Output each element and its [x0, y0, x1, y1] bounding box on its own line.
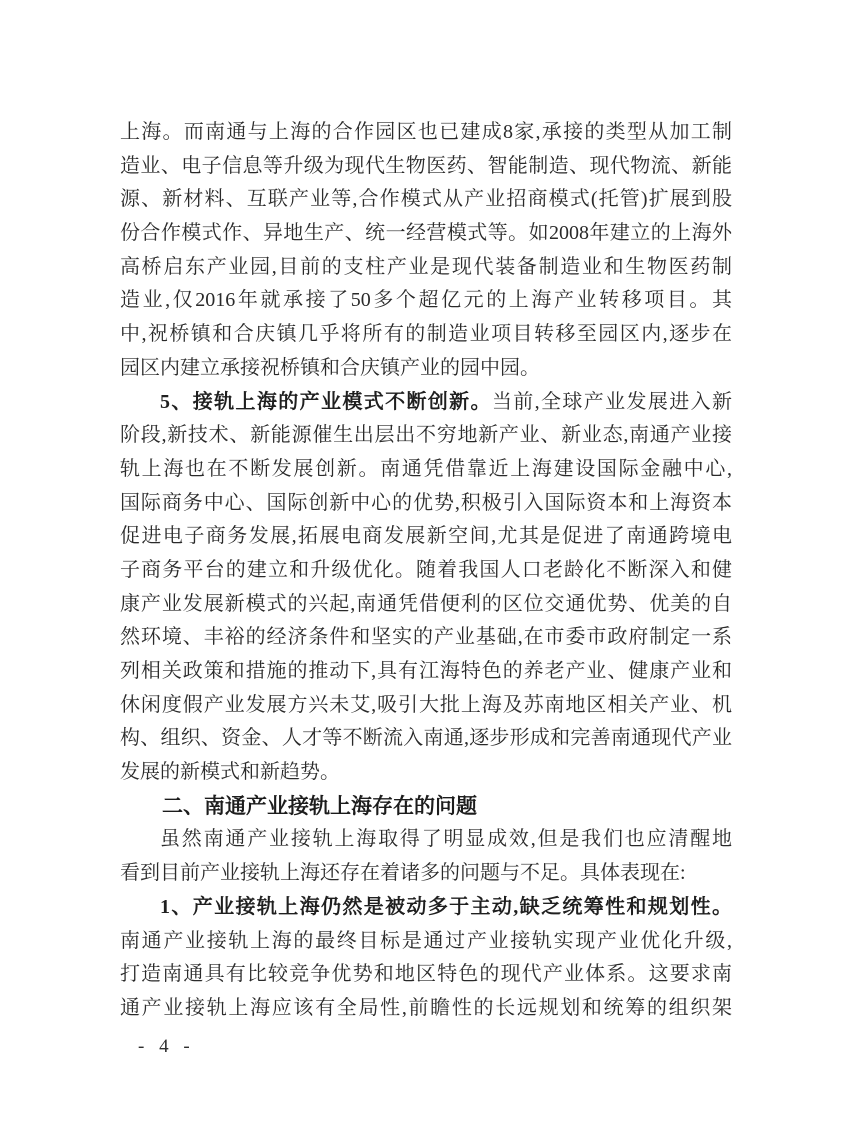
body-line: 上海。而南通与上海的合作园区也已建成8家,承接的类型从加工制	[120, 116, 732, 150]
text-block: 上海。而南通与上海的合作园区也已建成8家,承接的类型从加工制 造业、电子信息等升…	[120, 116, 732, 1026]
page-number: - 4 -	[138, 1035, 195, 1059]
body-line-text: 当前,全球产业发展进入新	[492, 391, 732, 413]
body-line: 打造南通具有比较竞争优势和地区特色的现代产业体系。这要求南	[120, 958, 732, 992]
body-line: 轨上海也在不断发展创新。南通凭借靠近上海建设国际金融中心,	[120, 453, 732, 487]
body-line: 南通产业接轨上海的最终目标是通过产业接轨实现产业优化升级,	[120, 925, 732, 959]
body-line: 造业,仅2016年就承接了50多个超亿元的上海产业转移项目。其	[120, 284, 732, 318]
section-heading: 二、南通产业接轨上海存在的问题	[120, 790, 732, 824]
body-line: 阶段,新技术、新能源催生出层出不穷地新产业、新业态,南通产业接	[120, 419, 732, 453]
body-line: 康产业发展新模式的兴起,南通凭借便利的区位交通优势、优美的自	[120, 588, 732, 622]
body-line: 子商务平台的建立和升级优化。随着我国人口老龄化不断深入和健	[120, 554, 732, 588]
body-line: 虽然南通产业接轨上海取得了明显成效,但是我们也应清醒地	[120, 823, 732, 857]
body-line: 发展的新模式和新趋势。	[120, 756, 732, 790]
body-line: 造业、电子信息等升级为现代生物医药、智能制造、现代物流、新能	[120, 150, 732, 184]
body-line: 份合作模式作、异地生产、统一经营模式等。如2008年建立的上海外	[120, 217, 732, 251]
body-line: 源、新材料、互联产业等,合作模式从产业招商模式(托管)扩展到股	[120, 183, 732, 217]
subsection-heading-bold: 5、接轨上海的产业模式不断创新。	[160, 391, 492, 413]
body-line: 休闲度假产业发展方兴未艾,吸引大批上海及苏南地区相关产业、机	[120, 689, 732, 723]
body-line: 园区内建立承接祝桥镇和合庆镇产业的园中园。	[120, 352, 732, 386]
body-line: 然环境、丰裕的经济条件和坚实的产业基础,在市委市政府制定一系	[120, 621, 732, 655]
body-line: 看到目前产业接轨上海还存在着诸多的问题与不足。具体表现在:	[120, 857, 732, 891]
body-line: 列相关政策和措施的推动下,具有江海特色的养老产业、健康产业和	[120, 655, 732, 689]
body-line: 通产业接轨上海应该有全局性,前瞻性的长远规划和统筹的组织架	[120, 992, 732, 1026]
body-line: 5、接轨上海的产业模式不断创新。当前,全球产业发展进入新	[120, 386, 732, 420]
body-line: 高桥启东产业园,目前的支柱产业是现代装备制造业和生物医药制	[120, 251, 732, 285]
body-line: 国际商务中心、国际创新中心的优势,积极引入国际资本和上海资本	[120, 487, 732, 521]
body-line: 中,祝桥镇和合庆镇几乎将所有的制造业项目转移至园区内,逐步在	[120, 318, 732, 352]
body-line: 促进电子商务发展,拓展电商发展新空间,尤其是促进了南通跨境电	[120, 520, 732, 554]
body-line: 构、组织、资金、人才等不断流入南通,逐步形成和完善南通现代产业	[120, 722, 732, 756]
document-page: 上海。而南通与上海的合作园区也已建成8家,承接的类型从加工制 造业、电子信息等升…	[0, 0, 850, 1146]
subsection-heading: 1、产业接轨上海仍然是被动多于主动,缺乏统筹性和规划性。	[120, 891, 732, 925]
